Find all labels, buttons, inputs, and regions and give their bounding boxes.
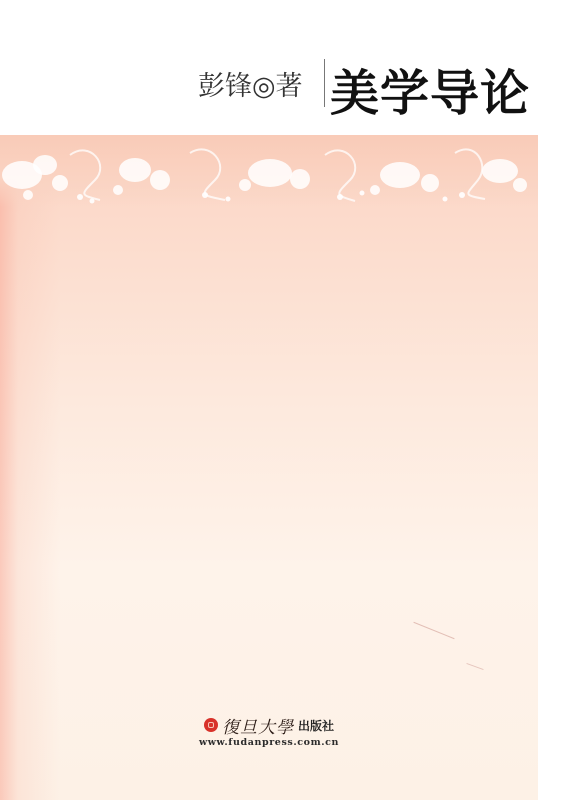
floral-pattern-icon xyxy=(0,135,538,207)
publisher-block: 復旦大學 出版社 www.fudanpress.com.cn xyxy=(0,714,538,748)
author-line: 彭锋◎著 xyxy=(198,64,303,103)
publisher-name-line: 復旦大學 出版社 xyxy=(204,714,334,736)
fudan-seal-icon xyxy=(204,718,218,732)
publisher-name: 出版社 xyxy=(298,717,334,734)
title-divider xyxy=(324,59,325,107)
paper-scratch-mark xyxy=(466,663,483,670)
title-row: 彭锋◎著 美学导论 xyxy=(0,55,583,125)
book-title: 美学导论 xyxy=(330,55,530,125)
paper-scratch-mark xyxy=(413,622,454,639)
publisher-url: www.fudanpress.com.cn xyxy=(0,737,538,748)
publisher-calligraphy: 復旦大學 xyxy=(222,713,294,738)
cover-panel xyxy=(0,135,538,800)
floral-ornament-band xyxy=(0,135,538,207)
